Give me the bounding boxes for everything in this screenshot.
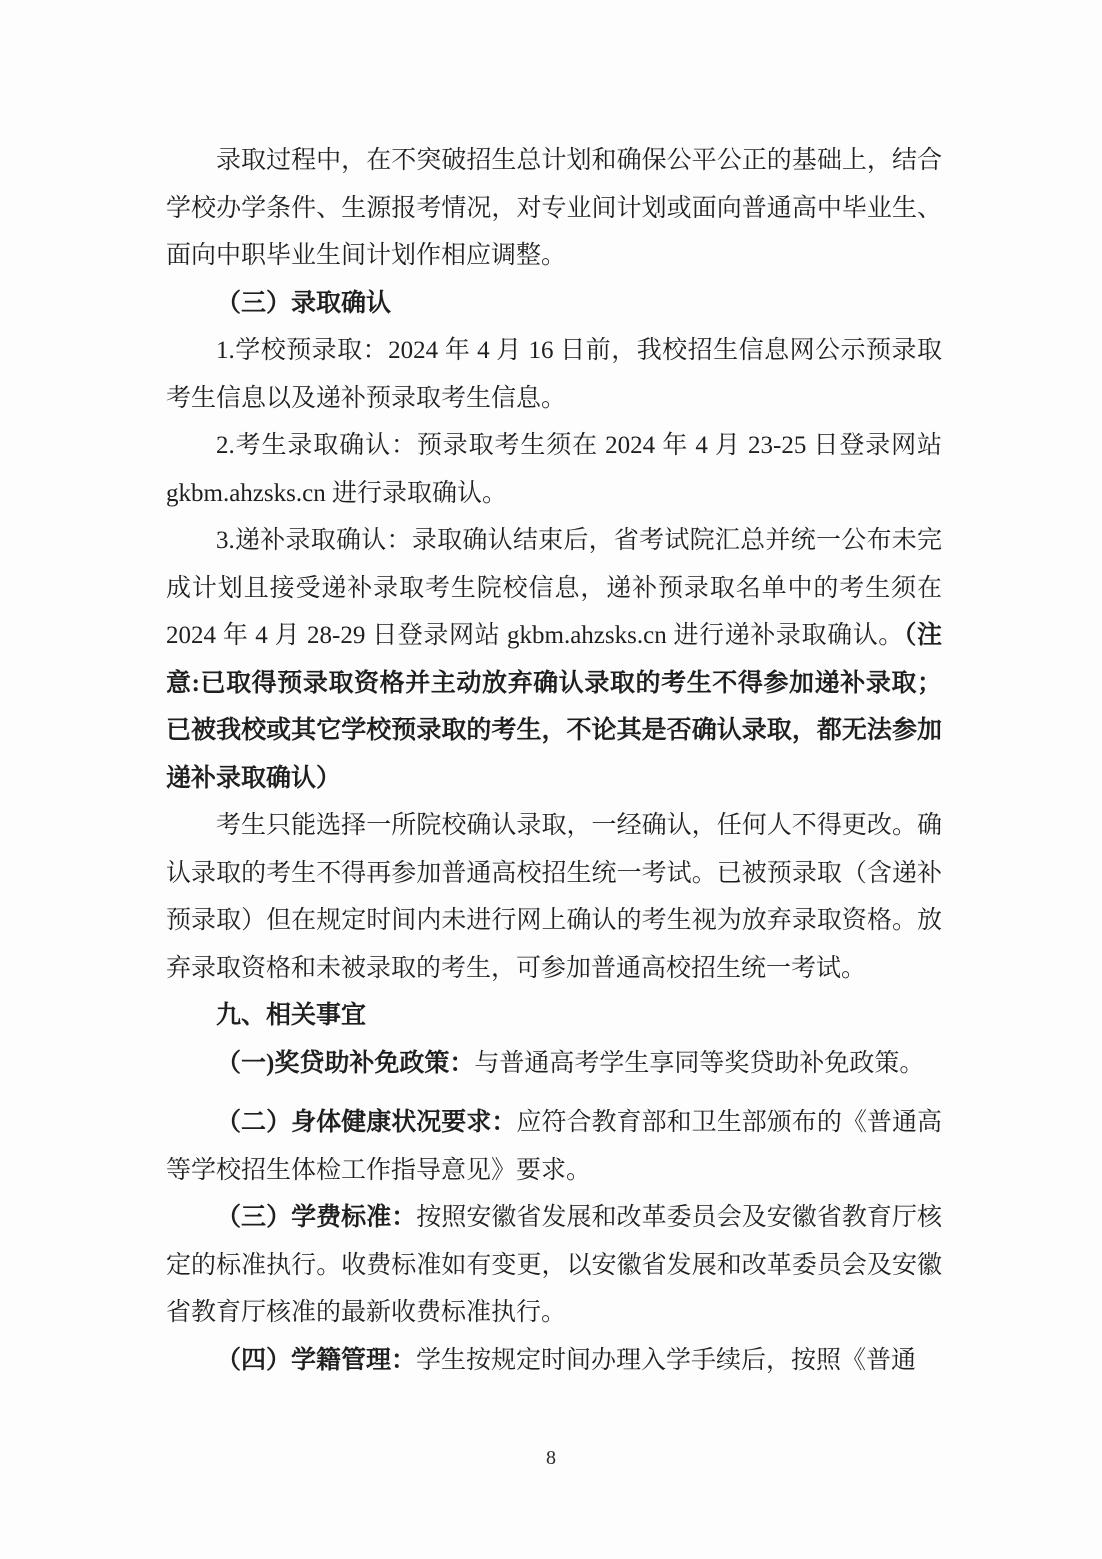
bold-text-run: （四）学籍管理： bbox=[216, 1347, 416, 1374]
para-plan-adjustment: 录取过程中，在不突破招生总计划和确保公平公正的基础上，结合学校办学条件、生源报考… bbox=[166, 137, 942, 280]
para-supplementary-confirmation: 3.递补录取确认：录取确认结束后，省考试院汇总并统一公布未完成计划且接受递补录取… bbox=[166, 517, 942, 802]
document-body: 录取过程中，在不突破招生总计划和确保公平公正的基础上，结合学校办学条件、生源报考… bbox=[166, 137, 942, 1384]
text-run: 3.递补录取确认：录取确认结束后，省考试院汇总并统一公布未完成计划且接受递补录取… bbox=[166, 527, 942, 649]
document-page: 录取过程中，在不突破招生总计划和确保公平公正的基础上，结合学校办学条件、生源报考… bbox=[0, 0, 1102, 1559]
bold-text-run: （三）录取确认 bbox=[216, 290, 391, 317]
para-financial-aid-policy: （一)奖贷助补免政策：与普通高考学生享同等奖贷助补免政策。 bbox=[166, 1040, 942, 1088]
bold-text-run: （二）身体健康状况要求： bbox=[216, 1109, 516, 1136]
bold-text-run: 九、相关事宜 bbox=[216, 1002, 366, 1029]
text-run: 学生按规定时间办理入学手续后，按照《普通 bbox=[416, 1347, 916, 1374]
heading-admission-confirmation: （三）录取确认 bbox=[166, 280, 942, 328]
page-footer: 8 bbox=[0, 1444, 1102, 1472]
bold-text-run: （三）学费标准： bbox=[216, 1204, 416, 1231]
para-candidate-confirmation: 2.考生录取确认：预录取考生须在 2024 年 4 月 23-25 日登录网站 … bbox=[166, 422, 942, 517]
heading-related-matters: 九、相关事宜 bbox=[166, 992, 942, 1040]
text-run: 与普通高考学生享同等奖贷助补免政策。 bbox=[474, 1050, 924, 1077]
text-run: 2.考生录取确认：预录取考生须在 2024 年 4 月 23-25 日登录网站 … bbox=[166, 432, 942, 507]
text-run: 录取过程中，在不突破招生总计划和确保公平公正的基础上，结合学校办学条件、生源报考… bbox=[166, 147, 942, 269]
para-tuition-standard: （三）学费标准：按照安徽省发展和改革委员会及安徽省教育厅核定的标准执行。收费标准… bbox=[166, 1194, 942, 1337]
page-number: 8 bbox=[546, 1447, 556, 1469]
para-school-pre-admission: 1.学校预录取：2024 年 4 月 16 日前，我校招生信息网公示预录取考生信… bbox=[166, 327, 942, 422]
text-run: 1.学校预录取：2024 年 4 月 16 日前，我校招生信息网公示预录取考生信… bbox=[166, 337, 942, 412]
para-single-choice-rule: 考生只能选择一所院校确认录取，一经确认，任何人不得更改。确认录取的考生不得再参加… bbox=[166, 802, 942, 992]
bold-text-run: （一)奖贷助补免政策： bbox=[216, 1050, 474, 1077]
para-student-status-management: （四）学籍管理：学生按规定时间办理入学手续后，按照《普通 bbox=[166, 1337, 942, 1385]
text-run: 考生只能选择一所院校确认录取，一经确认，任何人不得更改。确认录取的考生不得再参加… bbox=[166, 812, 942, 982]
para-health-requirements: （二）身体健康状况要求：应符合教育部和卫生部颁布的《普通高等学校招生体检工作指导… bbox=[166, 1099, 942, 1194]
